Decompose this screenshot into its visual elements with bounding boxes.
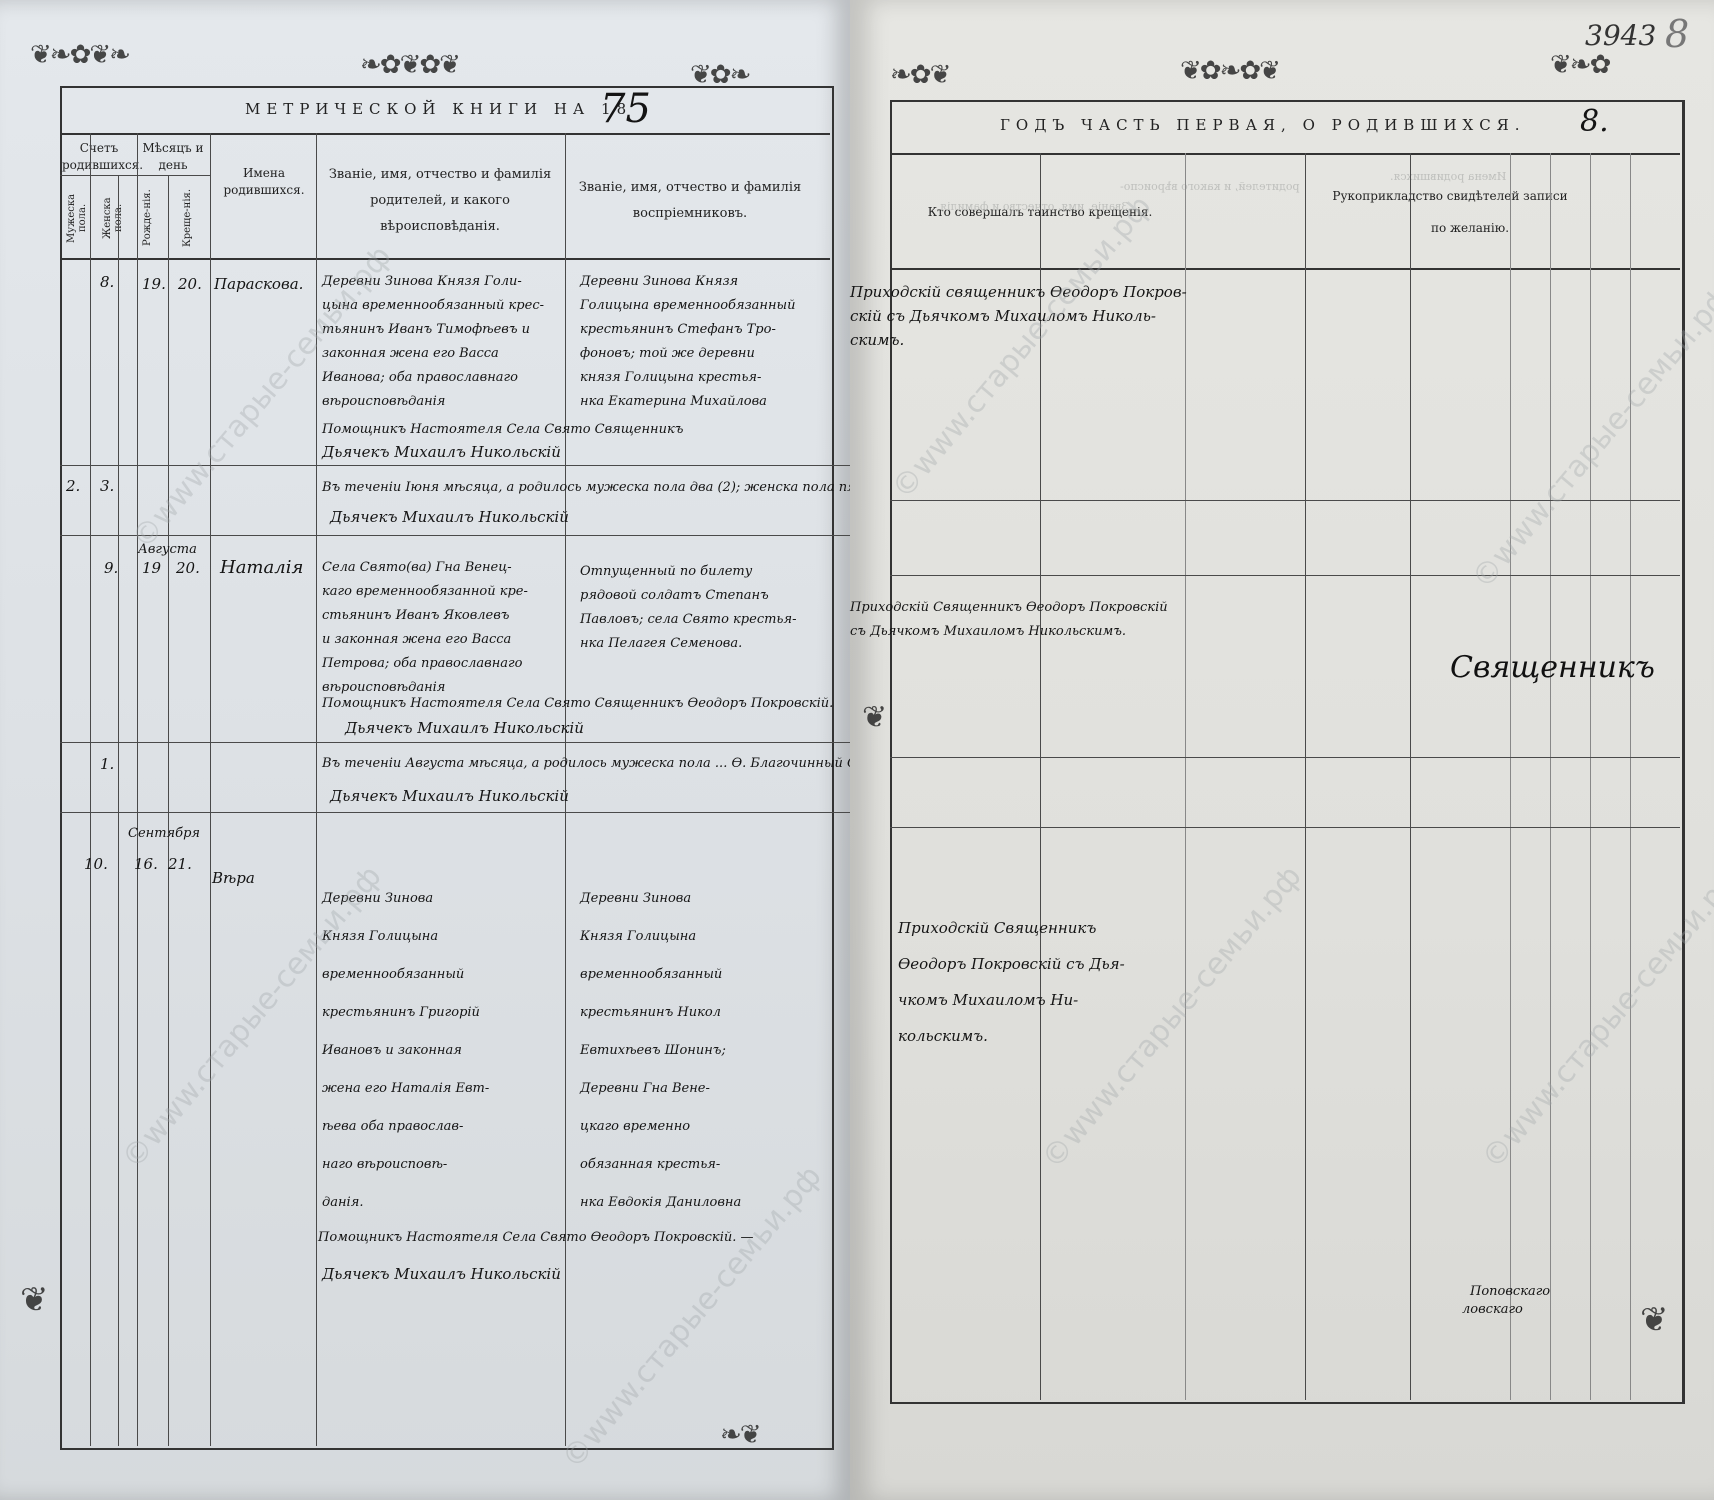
header-sub-rule — [60, 175, 210, 176]
ornament-bottom-right-icon: ❧❦ — [720, 1420, 760, 1450]
col-male-header: Мужеска пола. — [66, 182, 88, 254]
row-divider — [60, 535, 850, 536]
col-divider — [1410, 153, 1411, 1400]
entry-5-parents: Деревни Зинова Князя Голицына временнооб… — [322, 880, 489, 1222]
entry-5-signature-2: Дьячекъ Михаилъ Никольскій — [322, 1262, 561, 1286]
entry-3-signature-2: Дьячекъ Михаилъ Никольскій — [345, 716, 584, 740]
entry-2-male-no: 2. — [66, 474, 80, 498]
entry-1-baptism-day: 20. — [178, 272, 202, 296]
year-handwritten: 75 — [600, 86, 651, 132]
entry-3-female-no: 9. — [104, 556, 118, 580]
priest-margin-signature: Священникъ — [1450, 650, 1655, 685]
entry-3-parents: Села Свято(ва) Гна Венец- каго временноо… — [322, 556, 528, 700]
right-page: ❧✿❦ ❦✿❧✿❦ ❦❧✿ ГОДЪ ЧАСТЬ ПЕРВАЯ, О РОДИВ… — [850, 0, 1714, 1500]
corner-pencil-number: 8 — [1665, 22, 1689, 46]
col-female-header: Женска пола. — [102, 182, 124, 254]
row-divider — [890, 757, 1680, 758]
entry-3-signature-1: Помощникъ Настоятеля Села Свято Священни… — [322, 692, 833, 716]
row-divider — [60, 742, 850, 743]
bleed-through-text: Имена родившихся. — [1390, 170, 1506, 183]
entry-5-month: Сентября — [128, 822, 200, 846]
ornament-gutter-icon: ❦ — [862, 700, 885, 735]
col-by-request-header: по желанію. — [1410, 220, 1530, 237]
col-month-day-header: Мѣсяцъ и день — [138, 140, 208, 174]
ornament-bottom-right-icon: ❦ — [1640, 1300, 1667, 1340]
row-divider — [890, 575, 1680, 576]
entry-2-female-no: 3. — [100, 474, 114, 498]
ornament-top-left-icon: ❧✿❦ — [890, 60, 949, 90]
entry-5-officiant: Приходскій Священникъ Ѳеодоръ Покровскій… — [898, 910, 1125, 1054]
entry-2-signature: Дьячекъ Михаилъ Никольскій — [330, 505, 569, 529]
entry-1-name: Параскова. — [214, 272, 303, 296]
col-baptism-day-header: Креще-нія. — [182, 182, 193, 254]
entry-3-name: Наталія — [220, 556, 303, 580]
header-top-rule — [60, 133, 830, 135]
entry-5-signature-1: Помощникъ Настоятеля Села Свято Ѳеодоръ … — [318, 1226, 754, 1250]
entry-1-birth-day: 19. — [142, 272, 166, 296]
ornament-top-left-icon: ❦❧✿❦❧ — [30, 40, 129, 70]
entry-5-baptism-day: 21. — [168, 852, 192, 876]
row-divider — [890, 827, 1680, 828]
col-witnesses-header: Рукоприкладство свидѣтелей записи — [1260, 188, 1640, 205]
bleed-through-text: родителей, и какого вѣроиспо- — [1120, 180, 1299, 193]
col-divider — [1630, 153, 1631, 1400]
col-divider — [1590, 153, 1591, 1400]
entry-4-signature: Дьячекъ Михаилъ Никольскій — [330, 784, 569, 808]
entry-5-birth-day: 16. — [134, 852, 158, 876]
left-page: ❦❧✿❦❧ ❧✿❦✿❦ ❦✿❧ МЕТРИЧЕСКОЙ КНИГИ НА 18 … — [0, 0, 850, 1500]
page-number: 8. — [1580, 104, 1609, 139]
entry-1-female-no: 8. — [100, 270, 114, 294]
entry-5-name: Вѣра — [212, 866, 255, 890]
ornament-top-center-icon: ❧✿❦✿❦ — [360, 50, 459, 80]
col-divider — [210, 133, 211, 1446]
col-names-header: Имена родившихся. — [214, 165, 314, 199]
header-bottom-rule — [60, 258, 830, 260]
entry-1-signature-1: Помощникъ Настоятеля Села Свято Священни… — [322, 418, 683, 442]
row-divider — [60, 812, 850, 813]
col-birth-day-header: Рожде-нія. — [142, 182, 153, 254]
bottom-right-note-2: ловскаго — [1462, 1298, 1523, 1322]
corner-archive-number: 3943 — [1585, 24, 1656, 48]
row-divider — [60, 465, 850, 466]
ornament-top-center-icon: ❦✿❧✿❦ — [1180, 56, 1279, 86]
entry-4-female-no: 1. — [100, 752, 114, 776]
col-divider — [1510, 153, 1511, 1400]
col-divider — [1305, 153, 1306, 1400]
entry-5-godparents: Деревни Зинова Князя Голицына временнооб… — [580, 880, 741, 1222]
col-divider — [1550, 153, 1551, 1400]
bleed-through-text: Званіе, имя, отчество и фамилія — [940, 200, 1128, 213]
entry-3-officiant: Приходскій Священникъ Ѳеодоръ Покровскій… — [850, 596, 1168, 644]
entry-3-baptism-day: 20. — [176, 556, 200, 580]
ornament-bottom-left-icon: ❦ — [20, 1280, 47, 1320]
entry-1-signature-2: Дьячекъ Михаилъ Никольскій — [322, 440, 561, 464]
ornament-top-right-icon: ❦❧✿ — [1550, 50, 1609, 80]
col-birth-count-header: Счетъ родившихся. — [62, 140, 136, 174]
right-page-title: ГОДЪ ЧАСТЬ ПЕРВАЯ, О РОДИВШИХСЯ. — [1000, 116, 1526, 134]
col-parents-header: Званіе, имя, отчество и фамилія родителе… — [320, 162, 560, 240]
header-bottom-rule — [890, 268, 1680, 270]
entry-5-female-no: 10. — [84, 852, 108, 876]
entry-1-godparents: Деревни Зинова Князя Голицына временнооб… — [580, 270, 796, 414]
left-page-title: МЕТРИЧЕСКОЙ КНИГИ НА 18 — [245, 100, 632, 118]
col-divider — [168, 175, 169, 1446]
col-divider — [118, 175, 119, 1446]
entry-3-godparents: Отпущенный по билету рядовой солдатъ Сте… — [580, 560, 797, 656]
header-top-rule — [890, 153, 1680, 155]
col-divider — [90, 133, 91, 1446]
col-divider — [137, 133, 138, 1446]
entry-3-birth-day: 19 — [142, 556, 161, 580]
col-godparents-header: Званіе, имя, отчество и фамилія воспріем… — [575, 175, 805, 227]
